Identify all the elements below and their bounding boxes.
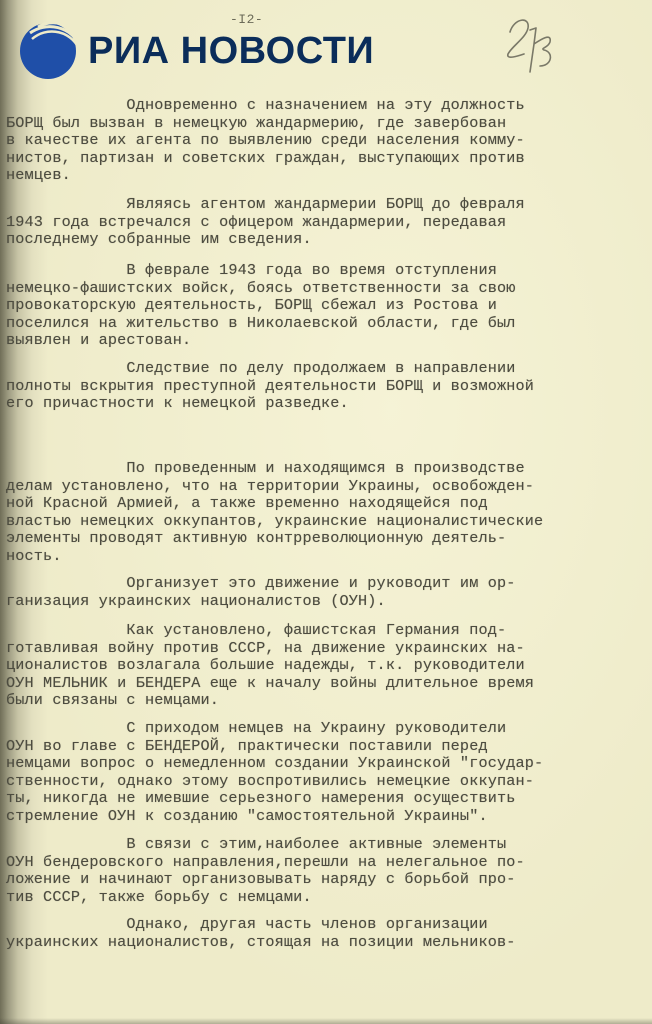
text-line: ционалистов возлагала большие надежды, т… (6, 657, 646, 675)
text-line: элементы проводят активную контрреволюци… (6, 530, 646, 548)
text-line: немцами вопрос о немедленном создании Ук… (6, 755, 646, 773)
logo-text: РИА НОВОСТИ (88, 32, 374, 70)
text-line: украинских националистов, стоящая на поз… (6, 934, 646, 952)
text-line: полноты вскрытия преступной деятельности… (6, 378, 646, 396)
text-line: Следствие по делу продолжаем в направлен… (6, 360, 646, 378)
text-line: ность. (6, 548, 646, 566)
text-line: В феврале 1943 года во время отступления (6, 262, 646, 280)
text-line: В связи с этим,наиболее активные элемент… (6, 836, 646, 854)
text-line: ложение и начинают организовывать наряду… (6, 871, 646, 889)
paragraph: С приходом немцев на Украину руководител… (6, 720, 646, 826)
text-line: С приходом немцев на Украину руководител… (6, 720, 646, 738)
text-line: стремление ОУН к созданию "самостоятельн… (6, 808, 646, 826)
text-line: властью немецких оккупантов, украинские … (6, 513, 646, 531)
text-line: делам установлено, что на территории Укр… (6, 478, 646, 496)
paragraph: В феврале 1943 года во время отступления… (6, 262, 646, 350)
text-line: Однако, другая часть членов организации (6, 916, 646, 934)
text-line: Как установлено, фашистская Германия под… (6, 622, 646, 640)
page-bottom-shadow (0, 1018, 652, 1024)
paragraph: Как установлено, фашистская Германия под… (6, 622, 646, 710)
ria-globe-icon (18, 17, 82, 81)
text-line: ОУН во главе с БЕНДЕРОЙ, практически пос… (6, 738, 646, 756)
text-line: выявлен и арестован. (6, 332, 646, 350)
paragraph: Следствие по делу продолжаем в направлен… (6, 360, 646, 413)
ria-novosti-logo: РИА НОВОСТИ (18, 14, 374, 84)
text-line: БОРЩ был вызван в немецкую жандармерию, … (6, 115, 646, 133)
text-line: поселился на жительство в Николаевской о… (6, 315, 646, 333)
text-line: ственности, однако этому воспротивились … (6, 773, 646, 791)
text-line: последнему собранные им сведения. (6, 231, 646, 249)
handwritten-archive-number-icon (500, 10, 580, 80)
text-line: ОУН МЕЛЬНИК и БЕНДЕРА еще к началу войны… (6, 675, 646, 693)
paragraph: В связи с этим,наиболее активные элемент… (6, 836, 646, 906)
text-line: в качестве их агента по выявлению среди … (6, 132, 646, 150)
document-page: -I2- РИА НОВОСТИ Одновременно с назначен… (0, 0, 652, 1024)
text-line: тив СССР, также борьбу с немцами. (6, 889, 646, 907)
text-line: провокаторскую деятельность, БОРЩ сбежал… (6, 297, 646, 315)
text-line: ганизация украинских националистов (ОУН)… (6, 593, 646, 611)
text-line: ты, никогда не имевшие серьезного намере… (6, 790, 646, 808)
text-line: Одновременно с назначением на эту должно… (6, 97, 646, 115)
text-line: Организует это движение и руководит им о… (6, 575, 646, 593)
text-line: немцев. (6, 167, 646, 185)
text-line: немецко-фашистских войск, боясь ответств… (6, 280, 646, 298)
text-line: нистов, партизан и советских граждан, вы… (6, 150, 646, 168)
paragraph: Однако, другая часть членов организацииу… (6, 916, 646, 951)
paragraph: По проведенным и находящимся в производс… (6, 460, 646, 566)
text-line: Являясь агентом жандармерии БОРЩ до февр… (6, 196, 646, 214)
text-line: были связаны с немцами. (6, 692, 646, 710)
paragraph: Одновременно с назначением на эту должно… (6, 97, 646, 185)
paragraph: Организует это движение и руководит им о… (6, 575, 646, 610)
text-line: готавливая войну против СССР, на движени… (6, 640, 646, 658)
paragraph: Являясь агентом жандармерии БОРЩ до февр… (6, 196, 646, 249)
text-line: По проведенным и находящимся в производс… (6, 460, 646, 478)
text-line: ной Красной Армией, а также временно нах… (6, 495, 646, 513)
text-line: ОУН бендеровского направления,перешли на… (6, 854, 646, 872)
text-line: его причастности к немецкой разведке. (6, 395, 646, 413)
text-line: 1943 года встречался с офицером жандарме… (6, 214, 646, 232)
